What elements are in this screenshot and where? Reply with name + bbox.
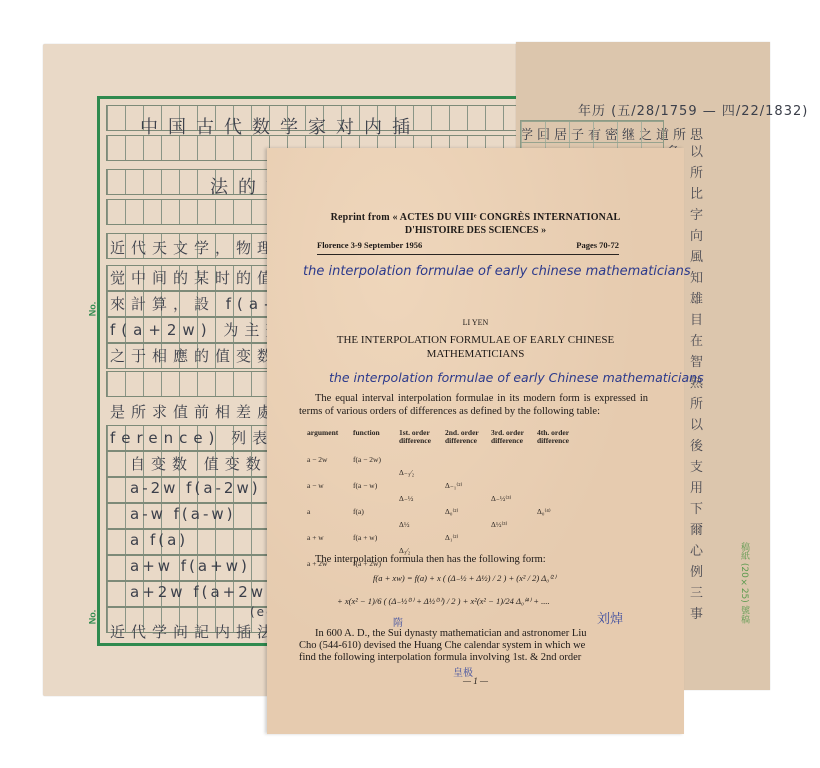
table-row: a − 2wf(a − 2w) bbox=[307, 455, 583, 468]
table-row: a + wf(a + w)Δ₁⁽²⁾ bbox=[307, 533, 583, 546]
location-date: Florence 3-9 September 1956 bbox=[317, 240, 422, 250]
manuscript-row: a+2w f(a+2w) bbox=[130, 583, 275, 601]
manuscript-row: 自变数 值变数 bbox=[130, 453, 267, 474]
manuscript-date-header: 年历 (五/28/1759 — 四/22/1832) bbox=[578, 100, 808, 119]
manuscript-row: 近代天文学，物理 bbox=[110, 237, 278, 258]
article-title-line1: THE INTERPOLATION FORMULAE OF EARLY CHIN… bbox=[267, 334, 684, 346]
formula-line2: + x(x² − 1)/6 ( (Δ₋½⁽³⁾ + Δ½⁽³⁾) / 2 ) +… bbox=[337, 596, 550, 607]
header-rule bbox=[317, 254, 619, 255]
manuscript-title-line1: 中国古代数学家对内插 bbox=[140, 113, 420, 139]
handwritten-translation-2: the interpolation formulae of early Chin… bbox=[329, 370, 704, 385]
difference-table: argument function 1st. order difference … bbox=[307, 429, 583, 572]
page-number: — 1 — bbox=[267, 676, 684, 686]
formula-intro: The interpolation formula then has the f… bbox=[299, 554, 648, 567]
article-title-line2: MATHEMATICIANS bbox=[267, 348, 684, 360]
body-line3: find the following interpolation formula… bbox=[299, 652, 648, 665]
manuscript-row: 觉中间的某时的值 bbox=[110, 267, 278, 288]
handwritten-translation-1: the interpolation formulae of early chin… bbox=[303, 264, 691, 279]
author-name: LI YEN bbox=[267, 318, 684, 327]
table-row: Δ₋½Δ₋½⁽³⁾ bbox=[307, 494, 583, 507]
annotation-liu-zhuo: 刘焯 bbox=[597, 608, 623, 627]
table-row: a − wf(a − w)Δ₋₁⁽²⁾ bbox=[307, 481, 583, 494]
intro-paragraph: The equal interval interpolation formula… bbox=[299, 393, 648, 418]
table-row: Δ₋₃⁄₂ bbox=[307, 468, 583, 481]
manuscript-row: 之于相應的值变数( bbox=[110, 345, 290, 366]
manuscript-row: a+w f(a+w) bbox=[130, 557, 250, 575]
manuscript-row: a f(a) bbox=[130, 531, 188, 549]
reprint-sheet: Reprint from « ACTES DU VIIIᵉ CONGRÈS IN… bbox=[267, 148, 684, 734]
paper-spec-print: 稿紙 (20×25) 號稿 bbox=[738, 542, 751, 624]
annotation-sui: 隋 bbox=[393, 614, 403, 629]
reprint-header-line2: D'HISTOIRE DES SCIENCES » bbox=[267, 225, 684, 236]
body-line2: Cho (544-610) devised the Huang Che cale… bbox=[299, 640, 648, 653]
page-range: Pages 70-72 bbox=[576, 240, 619, 250]
table-row: Δ½Δ½⁽³⁾ bbox=[307, 520, 583, 533]
body-line1: In 600 A. D., the Sui dynasty mathematic… bbox=[299, 628, 648, 641]
manuscript-row: a-w f(a-w) bbox=[130, 505, 236, 523]
no-label: No. bbox=[87, 610, 97, 625]
manuscript-row: a-2w f(a-2w) bbox=[130, 479, 261, 497]
manuscript-row: 是所求值前相差處 bbox=[110, 401, 278, 422]
no-label: No. bbox=[87, 302, 97, 317]
formula-line1: f(a + xw) = f(a) + x ( (Δ₋½ + Δ½) / 2 ) … bbox=[373, 573, 556, 584]
reprint-header-line1: Reprint from « ACTES DU VIIIᵉ CONGRÈS IN… bbox=[267, 212, 684, 223]
table-row: af(a)Δ₀⁽²⁾Δ₀⁽⁴⁾ bbox=[307, 507, 583, 520]
